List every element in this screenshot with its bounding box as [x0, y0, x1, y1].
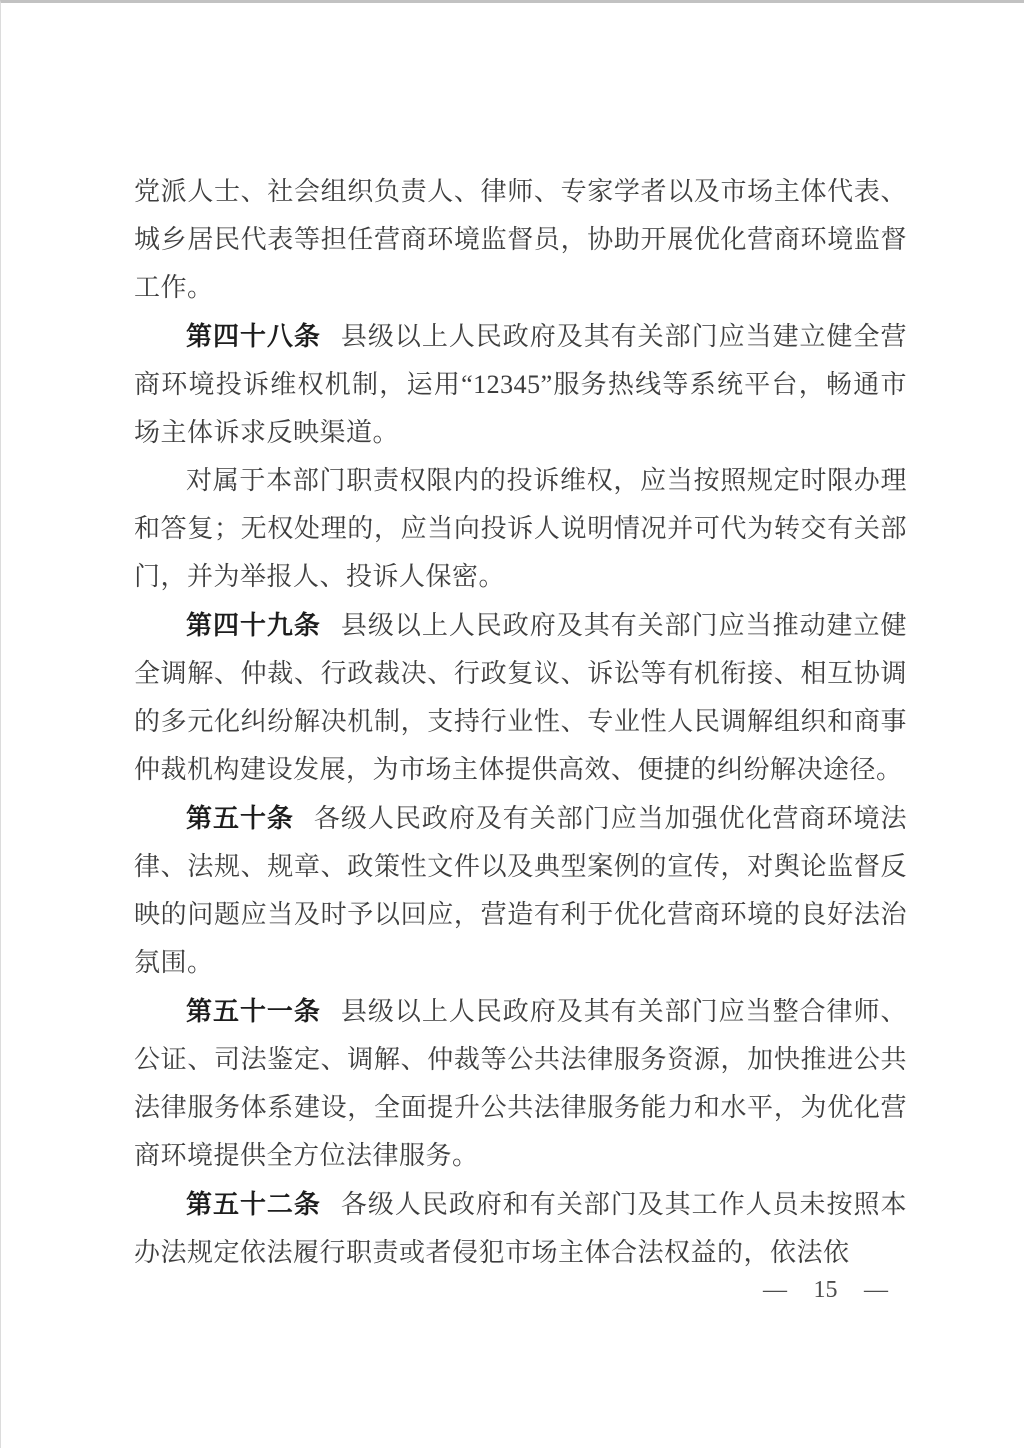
body-paragraph: 对属于本部门职责权限内的投诉维权，应当按照规定时限办理和答复；无权处理的，应当向… — [134, 457, 907, 601]
body-paragraph: 党派人士、社会组织负责人、律师、专家学者以及市场主体代表、城乡居民代表等担任营商… — [134, 168, 907, 312]
article-paragraph: 第四十九条县级以上人民政府及其有关部门应当推动建立健全调解、仲裁、行政裁决、行政… — [134, 601, 907, 794]
article-number: 第五十二条 — [186, 1189, 321, 1219]
article-number: 第五十条 — [186, 803, 294, 833]
article-paragraph: 第五十条各级人民政府及有关部门应当加强优化营商环境法律、法规、规章、政策性文件以… — [134, 794, 907, 987]
footer-dash-left: — — [763, 1275, 787, 1305]
page-number: 15 — [814, 1275, 838, 1305]
paragraph-text: 党派人士、社会组织负责人、律师、专家学者以及市场主体代表、城乡居民代表等担任营商… — [134, 177, 907, 302]
document-page: 党派人士、社会组织负责人、律师、专家学者以及市场主体代表、城乡居民代表等担任营商… — [0, 0, 1024, 1448]
article-number: 第五十一条 — [186, 996, 321, 1026]
page-footer: — 15 — — [763, 1275, 888, 1305]
article-number: 第四十八条 — [186, 321, 321, 351]
document-body: 党派人士、社会组织负责人、律师、专家学者以及市场主体代表、城乡居民代表等担任营商… — [134, 168, 907, 1277]
footer-dash-right: — — [864, 1275, 888, 1305]
article-paragraph: 第五十一条县级以上人民政府及其有关部门应当整合律师、公证、司法鉴定、调解、仲裁等… — [134, 987, 907, 1180]
paragraph-text: 对属于本部门职责权限内的投诉维权，应当按照规定时限办理和答复；无权处理的，应当向… — [134, 466, 907, 591]
article-paragraph: 第五十二条各级人民政府和有关部门及其工作人员未按照本办法规定依法履行职责或者侵犯… — [134, 1180, 907, 1277]
article-number: 第四十九条 — [186, 610, 321, 640]
article-paragraph: 第四十八条县级以上人民政府及其有关部门应当建立健全营商环境投诉维权机制，运用“1… — [134, 312, 907, 457]
